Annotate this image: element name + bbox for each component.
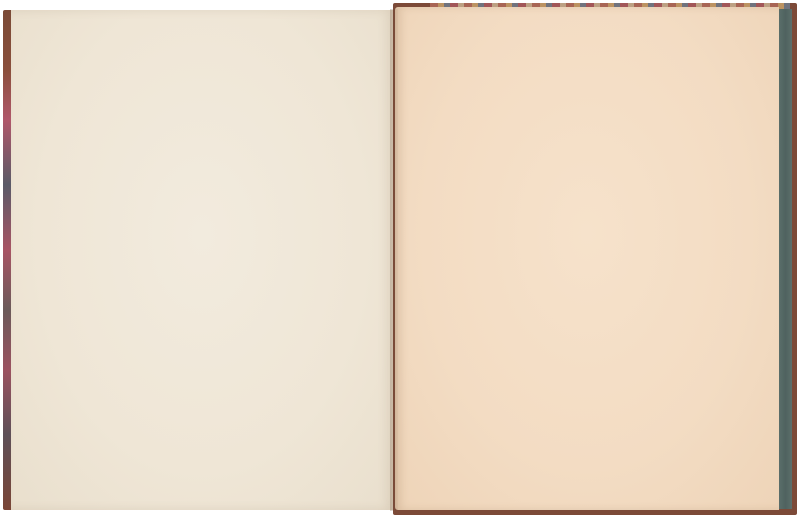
left-page [11,10,393,510]
page-block-edge [779,9,792,509]
right-page [395,7,779,510]
open-book [0,0,800,520]
book-gutter [390,9,398,511]
